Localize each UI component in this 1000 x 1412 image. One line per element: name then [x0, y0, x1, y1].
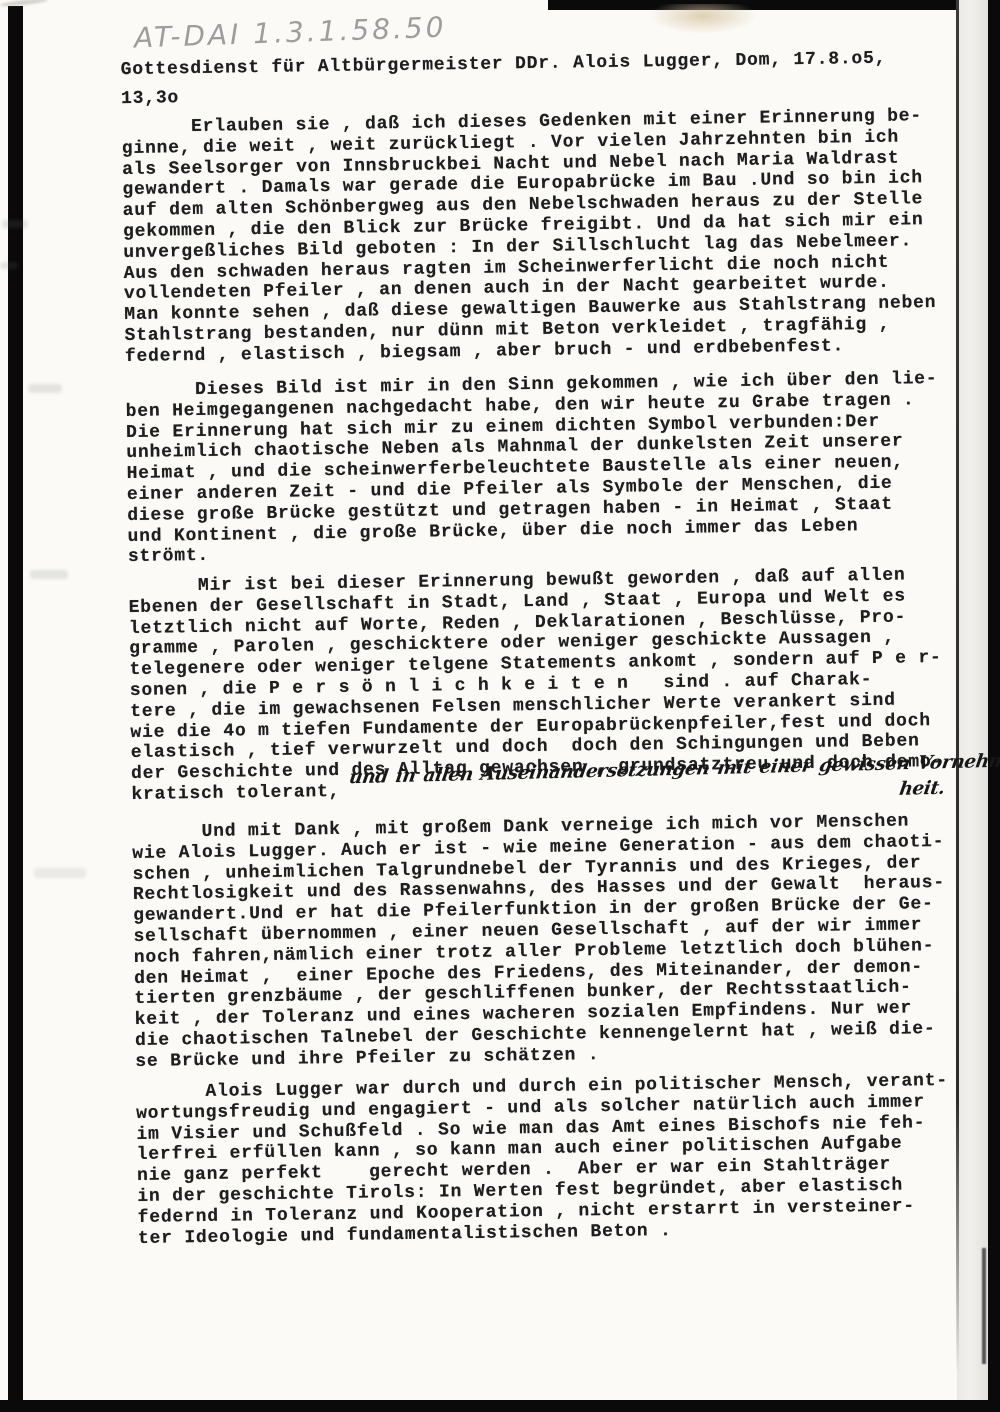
- handwritten-annotation-continuation: heit.: [898, 778, 946, 800]
- paragraph-5: Alois Lugger war durch und durch ein pol…: [136, 1071, 951, 1249]
- scanned-page: AT-DAI 1.3.1.58.50 Gottesdienst für Altb…: [0, 0, 1000, 1412]
- paragraph-1: Erlauben sie , daß ich dieses Gedenken m…: [121, 106, 937, 368]
- document-title: Gottesdienst für Altbürgermeister DDr. A…: [120, 45, 886, 114]
- paragraph-4: Und mit Dank , mit großem Dank verneige …: [132, 811, 948, 1073]
- document-body: Erlauben sie , daß ich dieses Gedenken m…: [0, 0, 990, 2]
- paragraph-2: Dieses Bild ist mir in den Sinn gekommen…: [125, 369, 940, 568]
- document-text-layer: Gottesdienst für Altbürgermeister DDr. A…: [0, 0, 1000, 1412]
